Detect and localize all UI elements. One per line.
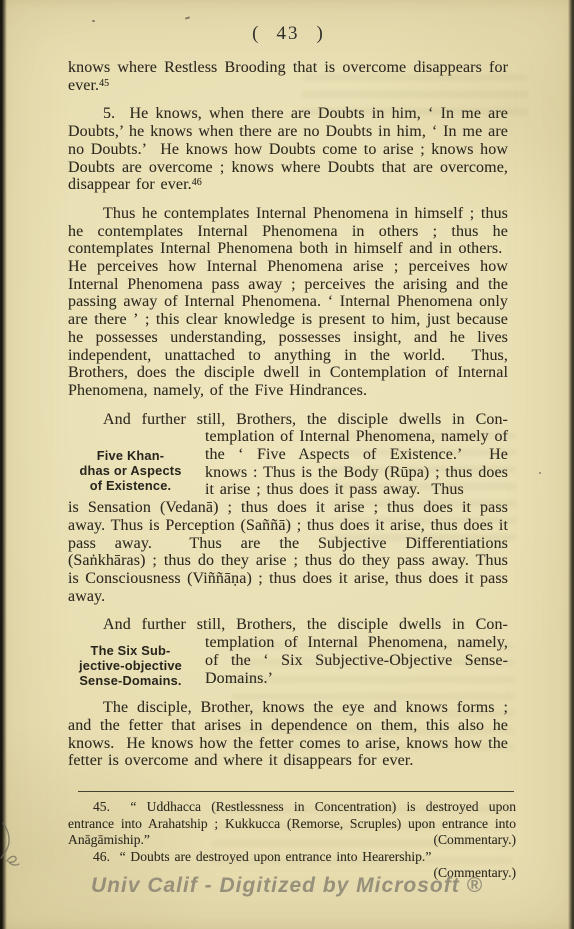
margin-note-line: of Existence. (68, 478, 193, 493)
margin-note-line: dhas or Aspects (68, 463, 193, 478)
paragraph-text: knows where Restless Brooding that is ov… (68, 59, 508, 94)
paragraph-5-doubts: 5. He knows, when there are Doubts in hi… (68, 105, 508, 194)
footnote-ref-46: 46 (192, 177, 202, 188)
footnote-rule (78, 791, 514, 792)
paragraph-disciple-eye-forms: The disciple, Brother, knows the eye and… (68, 699, 508, 770)
five-khandhas-first-line: And further still, Brothers, the discipl… (68, 411, 508, 429)
paragraph-restless-brooding: knows where Restless Brooding that is ov… (68, 59, 508, 94)
margin-note-line: jective-objective (68, 658, 193, 673)
section-five-khandhas: And further still, Brothers, the discipl… (68, 411, 508, 606)
six-domains-beside-text: templation of Internal Phenomena, namely… (205, 634, 508, 688)
page-number-paren-open: ( (252, 23, 259, 44)
footnote-46-text: 46. “ Doubts are destroyed upon entrance… (68, 849, 516, 866)
page-right-edge-shadow (568, 0, 574, 929)
footnote-45: 45. “ Uddhacca (Restlessness in Concentr… (68, 799, 516, 849)
page-left-edge-shadow (0, 0, 7, 929)
section-six-sense-domains: And further still, Brothers, the discipl… (68, 616, 508, 688)
page-number-paren-close: ) (317, 23, 324, 44)
margin-note-line: The Six Sub- (68, 643, 193, 658)
footnote-45-source: (Commentary.) (433, 832, 516, 849)
margin-note-line: Sense-Domains. (68, 673, 193, 688)
page-content: (43) knows where Restless Brooding that … (68, 22, 508, 781)
five-khandhas-row: Five Khan- dhas or Aspects of Existence.… (68, 428, 508, 499)
paragraph-text: 5. He knows, when there are Doubts in hi… (68, 105, 508, 193)
six-domains-first-line: And further still, Brothers, the discipl… (68, 616, 508, 634)
footnotes-section: 45. “ Uddhacca (Restlessness in Concentr… (68, 791, 516, 882)
paper-speck (539, 472, 541, 474)
paper-speck (185, 16, 190, 19)
six-domains-row: The Six Sub- jective-objective Sense-Dom… (68, 634, 508, 688)
pencil-scribble (0, 820, 28, 872)
five-khandhas-continuation: is Sensation (Vedanā) ; thus does it ari… (68, 499, 508, 605)
footnote-ref-45: 45 (99, 78, 109, 89)
book-page-scan: (43) knows where Restless Brooding that … (0, 0, 574, 929)
page-number-value: 43 (277, 23, 300, 44)
page-number: (43) (68, 22, 508, 46)
margin-note-five-khandhas: Five Khan- dhas or Aspects of Existence. (68, 428, 205, 499)
five-khandhas-beside-text: templation of Internal Phenomena, namely… (205, 428, 508, 499)
paragraph-internal-phenomena: Thus he contemplates Internal Phenomena … (68, 205, 508, 400)
digitization-watermark: Univ Calif - Digitized by Microsoft ® (0, 874, 574, 898)
margin-note-line: Five Khan- (68, 448, 193, 463)
margin-note-six-domains: The Six Sub- jective-objective Sense-Dom… (68, 634, 205, 688)
